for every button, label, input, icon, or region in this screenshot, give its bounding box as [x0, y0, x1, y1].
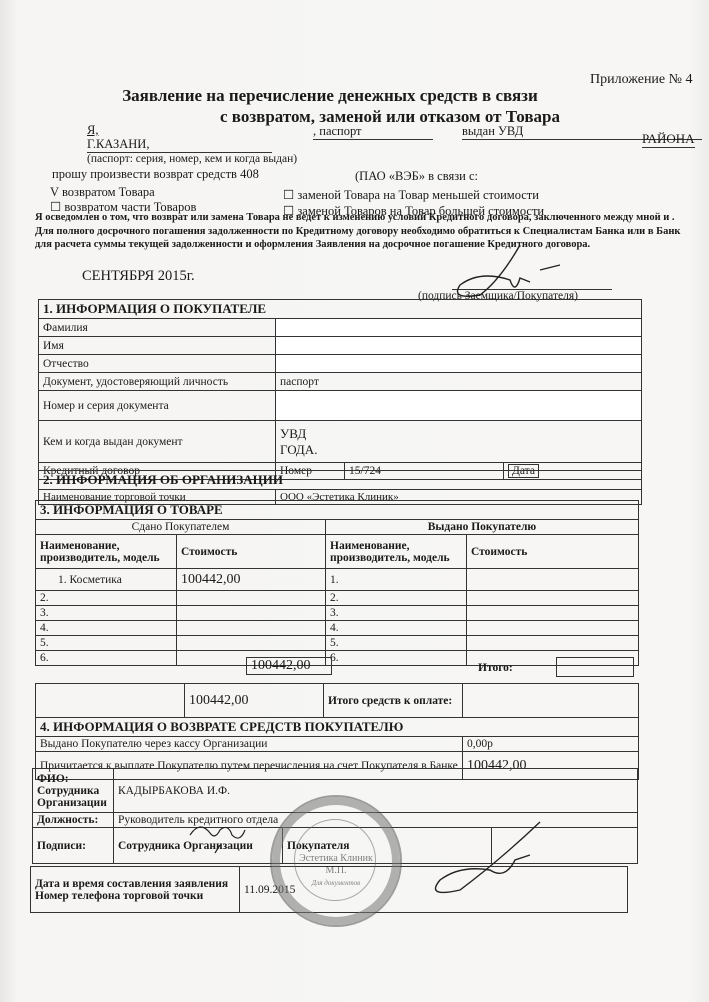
total-label: Итого: — [478, 662, 513, 674]
item-name: 6. — [326, 651, 467, 666]
notice-paragraph: Я осведомлен о том, что возврат или заме… — [35, 211, 695, 252]
item-cost: 100442,00 — [177, 569, 326, 591]
col-cost-left: Стоимость — [177, 535, 326, 569]
given-by-buyer-header: Сдано Покупателем — [36, 520, 326, 535]
position-label: Должность: — [33, 813, 114, 828]
table-row: 5.5. — [36, 636, 639, 651]
fio-value: КАДЫРБАКОВА И.Ф. — [114, 769, 638, 813]
item-cost — [467, 606, 639, 621]
stamp-mp: М.П. — [312, 865, 360, 876]
stamp-org-name: Эстетика Клиник — [290, 853, 382, 864]
payment-value — [463, 684, 639, 718]
bank-label: (ПАО «ВЭБ» в связи с: — [355, 169, 478, 184]
doc-issuer-label: Кем и когда выдан документ — [39, 421, 276, 463]
doc-number-label: Номер и серия документа — [39, 391, 276, 421]
organization-stamp: Эстетика Клиник М.П. Для документов — [270, 795, 402, 927]
refund-request: прошу произвести возврат средств 408 — [52, 167, 259, 182]
item-cost — [467, 621, 639, 636]
firstname-label: Имя — [39, 337, 276, 355]
table-row: 3.3. — [36, 606, 639, 621]
phone-label: Номер телефона торговой точки — [35, 890, 235, 902]
item-cost — [467, 569, 639, 591]
item-name: 3. — [326, 606, 467, 621]
item-cost — [467, 636, 639, 651]
item-name: 4. — [36, 621, 177, 636]
intro-i-label: Я, — [87, 123, 98, 138]
refund-info-table: 100442,00 Итого средств к оплате: 4. ИНФ… — [35, 683, 639, 780]
payment-amount: 100442,00 — [185, 684, 324, 718]
section2-title: 2. ИНФОРМАЦИЯ ОБ ОРГАНИЗАЦИИ — [39, 471, 642, 490]
section4-title: 4. ИНФОРМАЦИЯ О ВОЗВРАТЕ СРЕДСТВ ПОКУПАТ… — [36, 718, 639, 737]
passport-label: , паспорт — [313, 124, 433, 140]
table-row: 4.4. — [36, 621, 639, 636]
firstname-value — [276, 337, 642, 355]
col-name-right: Наименование, производитель, модель — [326, 535, 467, 569]
document-page: Приложение № 4 Заявление на перечисление… — [0, 0, 709, 1002]
appendix-number: Приложение № 4 — [590, 72, 693, 88]
cash-label: Выдано Покупателю через кассу Организаци… — [36, 737, 463, 752]
checkbox-icon: ☐ — [283, 188, 294, 202]
item-name: 4. — [326, 621, 467, 636]
payment-blank — [36, 684, 185, 718]
left-total-value: 100442,00 — [246, 657, 332, 675]
id-document-label: Документ, удостоверяющий личность — [39, 373, 276, 391]
passport-hint: (паспорт: серия, номер, кем и когда выда… — [87, 153, 297, 165]
checkmark-icon: V — [50, 185, 59, 199]
surname-value — [276, 319, 642, 337]
section1-title: 1. ИНФОРМАЦИЯ О ПОКУПАТЕЛЕ — [39, 300, 642, 319]
item-cost — [177, 591, 326, 606]
item-name: 1. Косметика — [36, 569, 177, 591]
item-name: 2. — [326, 591, 467, 606]
table-row: 1. Косметика 100442,00 1. — [36, 569, 639, 591]
item-cost — [467, 591, 639, 606]
col-cost-right: Стоимость — [467, 535, 639, 569]
patronymic-value — [276, 355, 642, 373]
option-full-return[interactable]: V возвратом Товара — [50, 185, 155, 200]
given-to-buyer-header: Выдано Покупателю — [326, 520, 639, 535]
payment-label: Итого средств к оплате: — [324, 684, 463, 718]
signatures-label: Подписи: — [33, 828, 114, 864]
item-name: 5. — [36, 636, 177, 651]
section3-title: 3. ИНФОРМАЦИЯ О ТОВАРЕ — [36, 501, 639, 520]
cash-value: 0,00р — [463, 737, 639, 752]
goods-info-table: 3. ИНФОРМАЦИЯ О ТОВАРЕ Сдано Покупателем… — [35, 500, 639, 666]
table-row: 2.2. — [36, 591, 639, 606]
document-title-line1: Заявление на перечисление денежных средс… — [60, 86, 600, 106]
buyer-signature-icon — [420, 820, 560, 900]
fio-label: ФИО: Сотрудника Организации — [33, 769, 114, 813]
patronymic-label: Отчество — [39, 355, 276, 373]
item-cost — [177, 621, 326, 636]
item-name: 2. — [36, 591, 177, 606]
item-name: 6. — [36, 651, 177, 666]
right-total-value — [556, 657, 634, 677]
item-cost — [177, 636, 326, 651]
item-name: 5. — [326, 636, 467, 651]
city-label: Г.КАЗАНИ, — [87, 137, 272, 153]
col-name-left: Наименование, производитель, модель — [36, 535, 177, 569]
option-replace-cheaper[interactable]: ☐ заменой Товара на Товар меньшей стоимо… — [283, 187, 539, 203]
item-name: 1. — [326, 569, 467, 591]
stamp-sub: Для документов — [302, 879, 370, 887]
item-name: 3. — [36, 606, 177, 621]
district-label: РАЙОНА — [642, 131, 695, 148]
doc-number-value — [276, 391, 642, 421]
employee-signature-icon — [180, 815, 280, 855]
footer-labels: Дата и время составления заявления Номер… — [31, 867, 240, 913]
application-date: СЕНТЯБРЯ 2015г. — [82, 268, 195, 285]
doc-issuer-value: УВД ГОДА. — [276, 421, 642, 463]
item-cost — [177, 606, 326, 621]
table-row: 6.6. — [36, 651, 639, 666]
id-document-value: паспорт — [276, 373, 642, 391]
buyer-info-table: 1. ИНФОРМАЦИЯ О ПОКУПАТЕЛЕ Фамилия Имя О… — [38, 299, 642, 480]
datetime-label: Дата и время составления заявления — [35, 878, 235, 890]
surname-label: Фамилия — [39, 319, 276, 337]
